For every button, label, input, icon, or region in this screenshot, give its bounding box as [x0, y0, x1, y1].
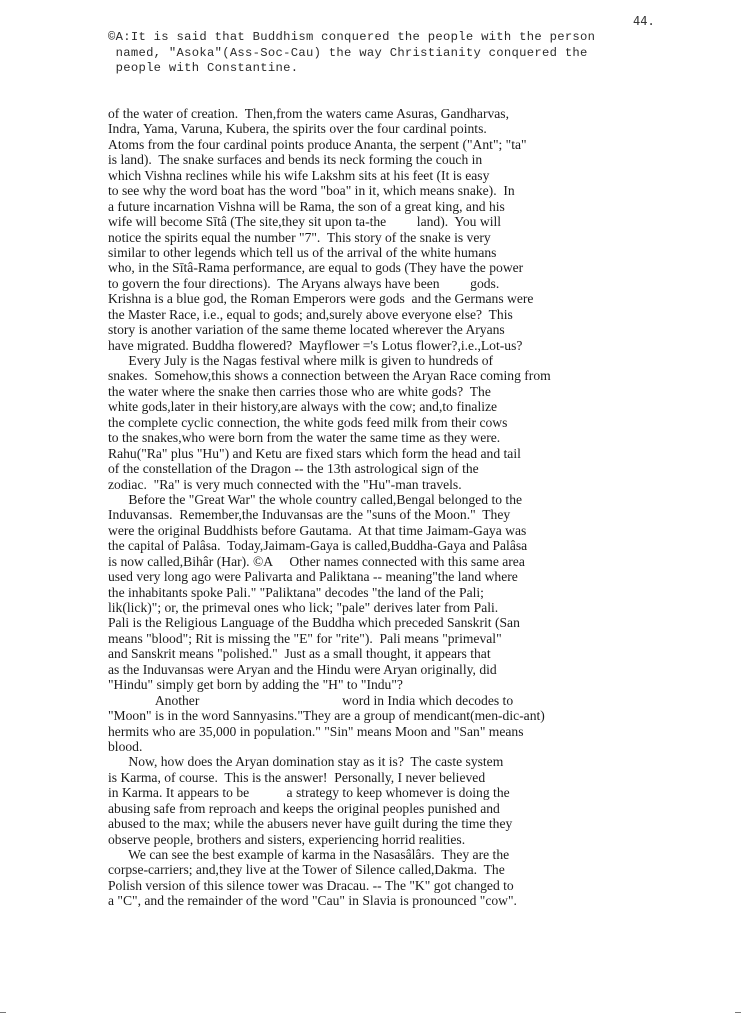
body-line: snakes. Somehow,this shows a connection … [108, 368, 668, 383]
body-line: of the water of creation. Then,from the … [108, 106, 668, 121]
body-line: who, in the Sītâ-Rama performance, are e… [108, 260, 668, 275]
scan-edge-mark-right [735, 1012, 741, 1013]
body-line: Another word in India which decodes to [108, 693, 668, 708]
body-line: to govern the four directions). The Arya… [108, 276, 668, 291]
body-line: in Karma. It appears to be a strategy to… [108, 785, 668, 800]
body-line: and Sanskrit means "polished." Just as a… [108, 646, 668, 661]
body-line: which Vishna reclines while his wife Lak… [108, 168, 668, 183]
body-line: means "blood"; Rit is missing the "E" fo… [108, 631, 668, 646]
body-line: a "C", and the remainder of the word "Ca… [108, 893, 668, 908]
footnote-line: people with Constantine. [108, 61, 708, 77]
body-line: the capital of Palâsa. Today,Jaimam-Gaya… [108, 538, 668, 553]
body-line: zodiac. "Ra" is very much connected with… [108, 477, 668, 492]
document-page: 44. ©A:It is said that Buddhism conquere… [0, 0, 741, 1014]
body-line: to the snakes,who were born from the wat… [108, 430, 668, 445]
body-line: to see why the word boat has the word "b… [108, 183, 668, 198]
body-line: is now called,Bihâr (Har). ©A Other name… [108, 554, 668, 569]
scan-edge-mark-left [0, 1012, 6, 1013]
body-line: observe people, brothers and sisters, ex… [108, 832, 668, 847]
footnote-block: ©A:It is said that Buddhism conquered th… [108, 30, 708, 77]
body-line: Pali is the Religious Language of the Bu… [108, 615, 668, 630]
body-line: is land). The snake surfaces and bends i… [108, 152, 668, 167]
body-line: wife will become Sītâ (The site,they sit… [108, 214, 668, 229]
footnote-line: ©A:It is said that Buddhism conquered th… [108, 30, 708, 46]
body-line: the Master Race, i.e., equal to gods; an… [108, 307, 668, 322]
body-line: corpse-carriers; and,they live at the To… [108, 862, 668, 877]
body-line: "Hindu" simply get born by adding the "H… [108, 677, 668, 692]
body-line: white gods,later in their history,are al… [108, 399, 668, 414]
body-line: is Karma, of course. This is the answer!… [108, 770, 668, 785]
body-line: story is another variation of the same t… [108, 322, 668, 337]
body-line: We can see the best example of karma in … [108, 847, 668, 862]
body-line: Now, how does the Aryan domination stay … [108, 754, 668, 769]
body-line: Krishna is a blue god, the Roman Emperor… [108, 291, 668, 306]
body-line: were the original Buddhists before Gauta… [108, 523, 668, 538]
body-line: Before the "Great War" the whole country… [108, 492, 668, 507]
body-text: of the water of creation. Then,from the … [108, 106, 668, 909]
body-line: Atoms from the four cardinal points prod… [108, 137, 668, 152]
body-line: the complete cyclic connection, the whit… [108, 415, 668, 430]
body-line: Indra, Yama, Varuna, Kubera, the spirits… [108, 121, 668, 136]
body-line: hermits who are 35,000 in population." "… [108, 724, 668, 739]
body-line: abused to the max; while the abusers nev… [108, 816, 668, 831]
body-line: similar to other legends which tell us o… [108, 245, 668, 260]
body-line: abusing safe from reproach and keeps the… [108, 801, 668, 816]
body-line: used very long ago were Palivarta and Pa… [108, 569, 668, 584]
footnote-line: named, "Asoka"(Ass-Soc-Cau) the way Chri… [108, 46, 708, 62]
body-line: Rahu("Ra" plus "Hu") and Ketu are fixed … [108, 446, 668, 461]
body-line: a future incarnation Vishna will be Rama… [108, 199, 668, 214]
body-line: Induvansas. Remember,the Induvansas are … [108, 507, 668, 522]
page-number: 44. [633, 14, 655, 28]
body-line: notice the spirits equal the number "7".… [108, 230, 668, 245]
body-line: lik(lick)"; or, the primeval ones who li… [108, 600, 668, 615]
body-line: Every July is the Nagas festival where m… [108, 353, 668, 368]
body-line: the water where the snake then carries t… [108, 384, 668, 399]
body-line: "Moon" is in the word Sannyasins."They a… [108, 708, 668, 723]
body-line: of the constellation of the Dragon -- th… [108, 461, 668, 476]
body-line: Polish version of this silence tower was… [108, 878, 668, 893]
body-line: have migrated. Buddha flowered? Mayflowe… [108, 338, 668, 353]
body-line: the inhabitants spoke Pali." "Paliktana"… [108, 585, 668, 600]
body-line: blood. [108, 739, 668, 754]
body-line: as the Induvansas were Aryan and the Hin… [108, 662, 668, 677]
